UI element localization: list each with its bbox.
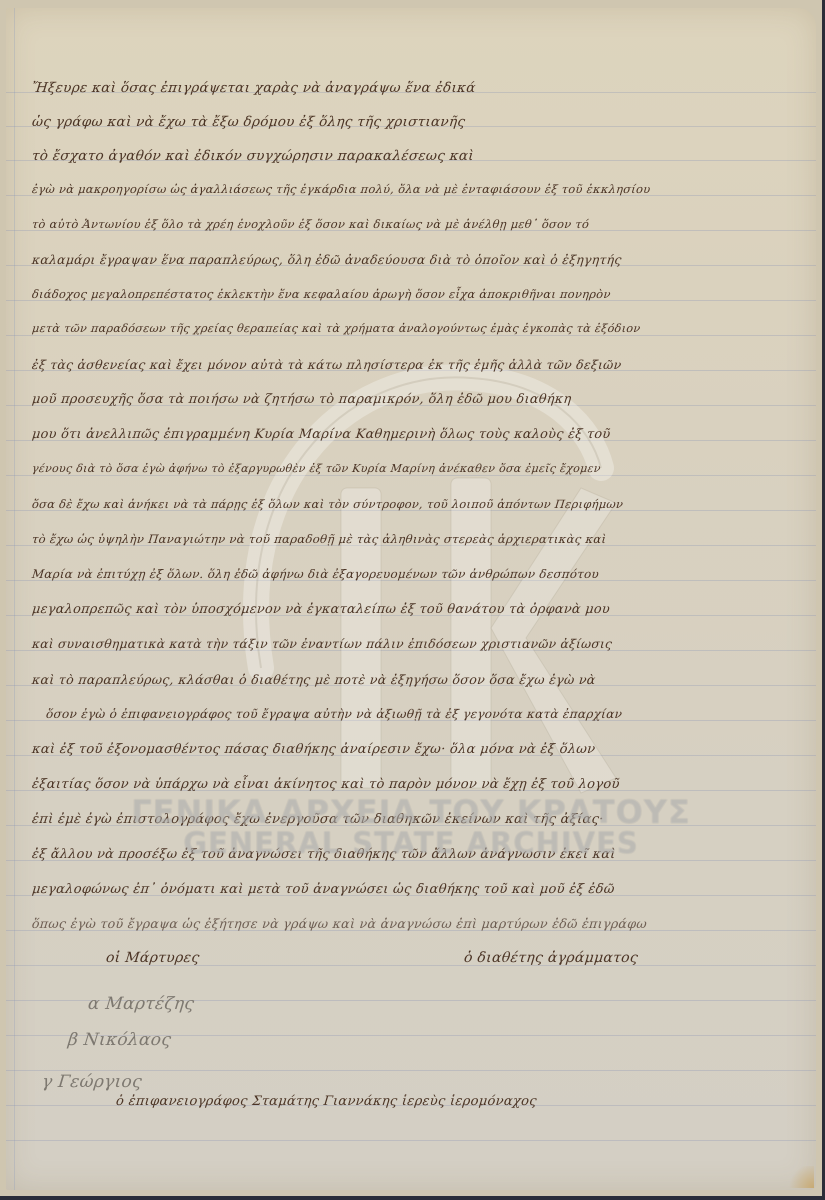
testator-label: ὁ διαθέτης ἀγράμματος [463, 950, 639, 966]
manuscript-line: μου ὅτι ἀνελλιπῶς ἐπιγραμμένη Κυρία Μαρί… [31, 427, 611, 442]
margin-line [14, 8, 15, 1190]
manuscript-page: Ἤξευρε καὶ ὅσας ἐπιγράψεται χαρὰς νὰ ἀνα… [6, 8, 816, 1190]
manuscript-line: τὸ ἔχω ὡς ὑψηλὴν Παναγιώτην νὰ τοῦ παραδ… [31, 532, 607, 546]
manuscript-line: καὶ συναισθηματικὰ κατὰ τὴν τάξιν τῶν ἐν… [31, 637, 613, 651]
witness-signature: γ Γεώργιος [41, 1072, 143, 1092]
ruled-line [6, 335, 816, 336]
manuscript-line: μετὰ τῶν παραδόσεων τῆς χρείας θεραπείας… [31, 322, 641, 335]
manuscript-line: μοῦ προσευχῆς ὅσα τὰ ποιήσω νὰ ζητήσω τὸ… [31, 392, 572, 407]
archive-watermark-english: GENERAL STATE ARCHIVES [6, 826, 816, 860]
manuscript-line: ἐξαιτίας ὅσον νὰ ὑπάρχω νὰ εἶναι ἀκίνητο… [31, 777, 620, 792]
ruled-line [6, 1070, 816, 1071]
manuscript-line: ἐξ τὰς ἀσθενείας καὶ ἔχει μόνον αὐτὰ τὰ … [31, 357, 622, 372]
manuscript-line: μεγαλοφώνως ἐπ᾽ ὀνόματι καὶ μετὰ τοῦ ἀνα… [31, 882, 615, 897]
manuscript-line: καλαμάρι ἔγραψαν ἕνα παραπλεύρως, ὅλη ἐδ… [31, 252, 622, 267]
manuscript-line: γένους διὰ τὸ ὅσα ἐγὼ ἀφήνω τὸ ἐξαργυρωθ… [31, 462, 601, 475]
manuscript-line: καὶ ἐξ τοῦ ἐξονομασθέντος πάσας διαθήκης… [31, 742, 596, 757]
scribe-signature: ὁ ἐπιφανειογράφος Σταμάτης Γιαννάκης ἱερ… [115, 1094, 537, 1109]
manuscript-line: ὅσον ἐγὼ ὁ ἐπιφανειογράφος τοῦ ἔγραψα αὐ… [45, 707, 623, 721]
witness-signature: β Νικόλαος [67, 1030, 172, 1050]
manuscript-line: ἐγὼ νὰ μακροηγορίσω ὡς ἀγαλλιάσεως τῆς ἐ… [31, 182, 651, 196]
witnesses-label: οἱ Μάρτυρες [105, 950, 200, 966]
manuscript-line: ὡς γράφω καὶ νὰ ἔχω τὰ ἔξω δρόμου ἐξ ὅλη… [31, 114, 466, 130]
manuscript-line: ὅσα δὲ ἔχω καὶ ἀνήκει νὰ τὰ πάρῃς ἐξ ὅλω… [31, 497, 624, 511]
corner-stain [786, 1166, 814, 1188]
manuscript-line: τὸ αὐτὸ Ἀντωνίου ἐξ ὅλο τὰ χρέη ἐνοχλοῦν… [31, 217, 590, 231]
witness-signature: α Μαρτέζης [87, 994, 195, 1014]
manuscript-line: διάδοχος μεγαλοπρεπέστατος ἐκλεκτὴν ἕνα … [31, 287, 611, 301]
manuscript-line: Ἤξευρε καὶ ὅσας ἐπιγράψεται χαρὰς νὰ ἀνα… [31, 80, 476, 96]
manuscript-line: μεγαλοπρεπῶς καὶ τὸν ὑποσχόμενον νὰ ἐγκα… [31, 602, 610, 617]
manuscript-line: ὅπως ἐγὼ τοῦ ἔγραψα ὡς ἐξήτησε νὰ γράψω … [31, 916, 648, 931]
manuscript-line: τὸ ἔσχατο ἀγαθόν καὶ ἐδικόν συγχώρησιν π… [31, 148, 475, 164]
manuscript-line: καὶ τὸ παραπλεύρως, κλάσθαι ὁ διαθέτης μ… [31, 672, 596, 687]
manuscript-line: Μαρία νὰ ἐπιτύχῃ ἐξ ὅλων. ὅλη ἐδῶ ἀφήνω … [31, 567, 599, 581]
ruled-line [6, 1140, 816, 1141]
